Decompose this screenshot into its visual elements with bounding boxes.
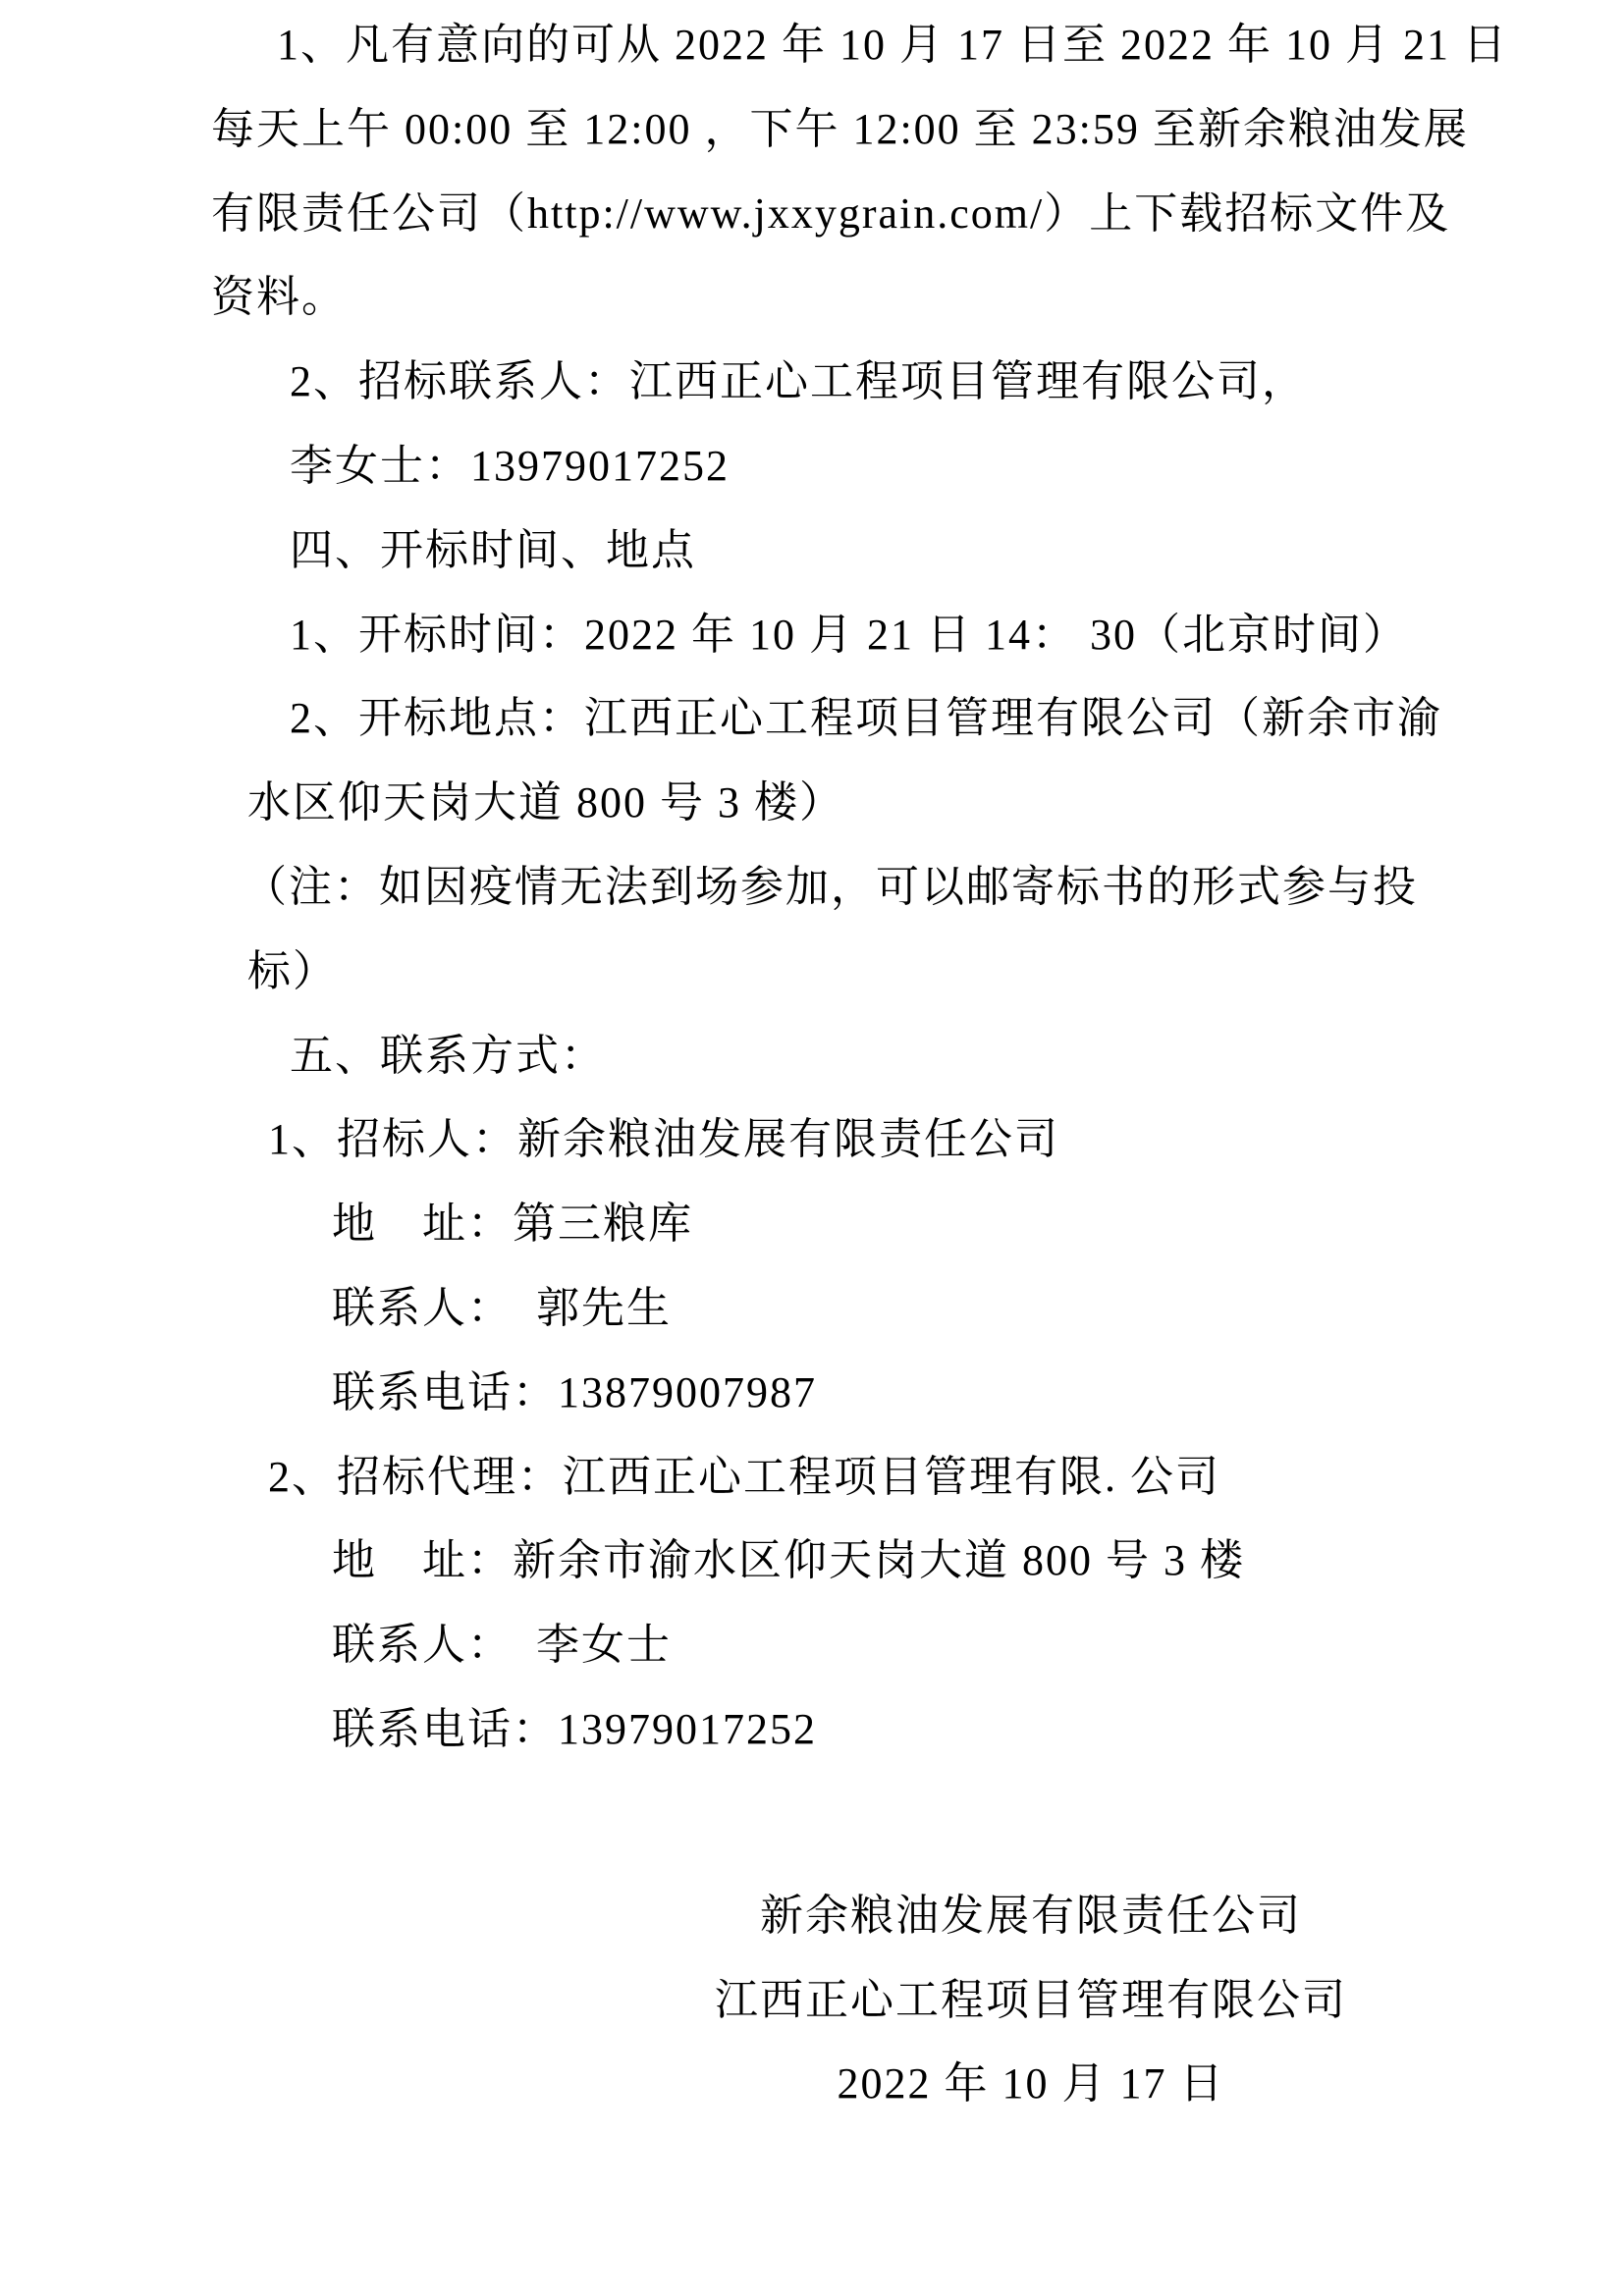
line-tenderer-address: 地 址：第三粮库 <box>332 1182 1624 1266</box>
line-agency-address: 地 址：新余市渝水区仰天岗大道 800 号 3 楼 <box>332 1519 1624 1603</box>
signature-org-tenderer: 新余粮油发展有限责任公司 <box>438 1874 1624 1958</box>
signature-block: 新余粮油发展有限责任公司 江西正心工程项目管理有限公司 2022 年 10 月 … <box>438 1874 1624 2126</box>
signature-org-agency: 江西正心工程项目管理有限公司 <box>438 1958 1624 2043</box>
line-download-hours: 每天上午 00:00 至 12:00 ，下午 12:00 至 23:59 至新余… <box>211 87 1624 172</box>
line-tenderer-phone: 联系电话：13879007987 <box>332 1351 1624 1435</box>
heading-bid-opening: 四、开标时间、地点 <box>290 508 1624 593</box>
line-bid-opening-place-tail: 水区仰天岗大道 800 号 3 楼） <box>247 761 1624 845</box>
line-agency-phone: 联系电话：13979017252 <box>332 1687 1624 1772</box>
line-tenderer-name: 1、招标人：新余粮油发展有限责任公司 <box>268 1097 1624 1182</box>
line-tenderer-contact: 联系人： 郭先生 <box>332 1266 1624 1351</box>
document-page: 1、凡有意向的可从 2022 年 10 月 17 日至 2022 年 10 月 … <box>0 0 1624 2296</box>
signature-date: 2022 年 10 月 17 日 <box>438 2042 1624 2126</box>
line-download-tail: 资料。 <box>211 255 1624 340</box>
line-download-website: 有限责任公司（http://www.jxxygrain.com/）上下载招标文件… <box>211 172 1624 256</box>
line-download-period: 1、凡有意向的可从 2022 年 10 月 17 日至 2022 年 10 月 … <box>277 3 1624 87</box>
line-bid-opening-place: 2、开标地点：江西正心工程项目管理有限公司（新余市渝 <box>290 676 1624 761</box>
line-bid-opening-time: 1、开标时间：2022 年 10 月 21 日 14： 30（北京时间） <box>290 593 1624 677</box>
line-agency-name: 2、招标代理：江西正心工程项目管理有限. 公司 <box>268 1435 1624 1520</box>
line-tender-contact-phone: 李女士：13979017252 <box>290 424 1624 508</box>
line-agency-contact: 联系人： 李女士 <box>332 1603 1624 1687</box>
line-pandemic-note: （注：如因疫情无法到场参加，可以邮寄标书的形式参与投 <box>244 845 1624 930</box>
line-pandemic-note-tail: 标） <box>247 930 1624 1014</box>
line-tender-contact: 2、招标联系人：江西正心工程项目管理有限公司， <box>290 340 1624 424</box>
heading-contact-info: 五、联系方式： <box>290 1014 1624 1098</box>
